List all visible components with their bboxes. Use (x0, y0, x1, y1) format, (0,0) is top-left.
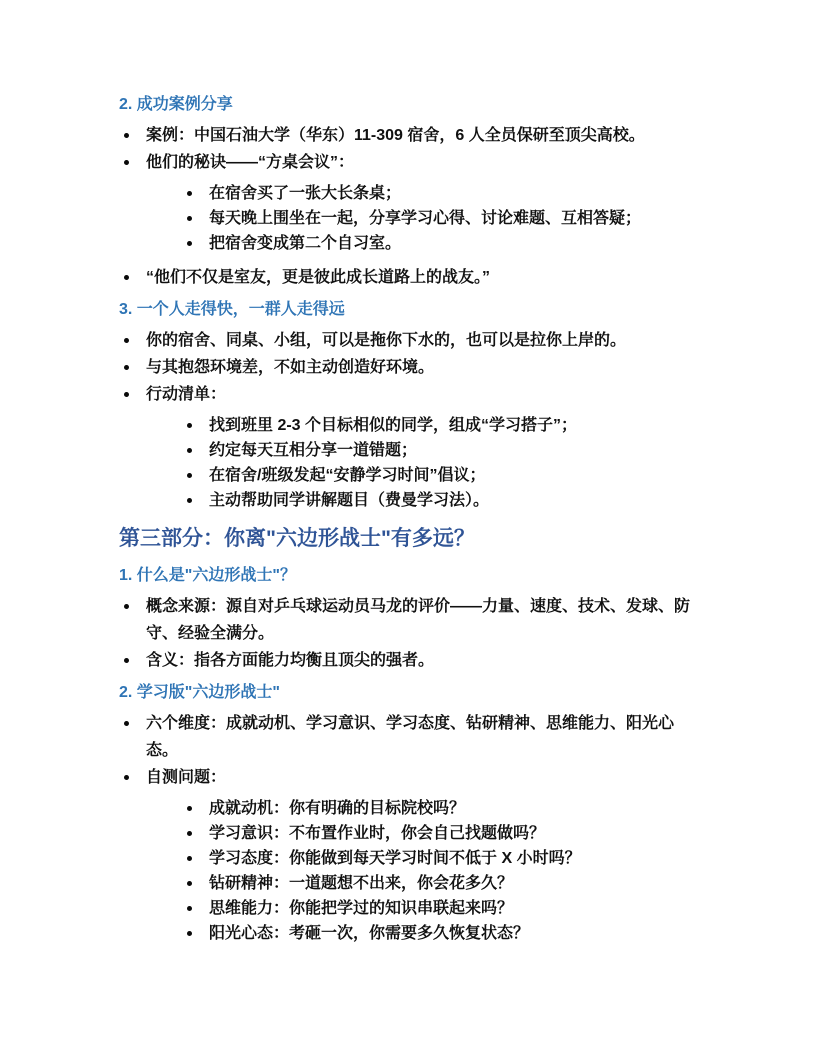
list-item: 钻研精神：一道题想不出来，你会花多久？ (182, 871, 703, 896)
bullet-icon (187, 806, 192, 811)
list-item: 学习态度：你能做到每天学习时间不低于 X 小时吗？ (182, 846, 703, 871)
bullet-icon (187, 856, 192, 861)
bullet-icon (124, 275, 129, 280)
bullet-icon (187, 931, 192, 936)
list-item: 在宿舍/班级发起“安静学习时间”倡议； (182, 463, 703, 488)
list-item-text: 把宿舍变成第二个自习室。 (209, 235, 401, 252)
bullet-icon (124, 392, 129, 397)
bullet-icon (124, 721, 129, 726)
bullet-icon (124, 365, 129, 370)
list-item-text: 你的宿舍、同桌、小组，可以是拖你下水的，也可以是拉你上岸的。 (146, 332, 626, 349)
study-hexagon-list: 六个维度：成就动机、学习意识、学习态度、钻研精神、思维能力、阳光心态。 自测问题… (119, 710, 703, 946)
quote-list-item: “他们不仅是室友，更是彼此成长道路上的战友。” (119, 264, 703, 291)
heading-success-case-sharing: 2. 成功案例分享 (119, 95, 703, 114)
list-item: 概念来源：源自对乒乓球运动员马龙的评价——力量、速度、技术、发球、防守、经验全满… (119, 593, 703, 647)
bullet-icon (187, 831, 192, 836)
list-item-text: 含义：指各方面能力均衡且顶尖的强者。 (146, 652, 434, 669)
list-item-text: 主动帮助同学讲解题目（费曼学习法）。 (209, 492, 489, 509)
bullet-icon (187, 423, 192, 428)
list-item: 六个维度：成就动机、学习意识、学习态度、钻研精神、思维能力、阳光心态。 (119, 710, 703, 764)
bullet-icon (187, 191, 192, 196)
square-table-sublist: 在宿舍买了一张大长条桌； 每天晚上围坐在一起，分享学习心得、讨论难题、互相答疑；… (182, 181, 703, 256)
list-item-text: 成就动机：你有明确的目标院校吗？ (209, 800, 465, 817)
quote-text: “他们不仅是室友，更是彼此成长道路上的战友。” (146, 269, 490, 286)
list-item: 在宿舍买了一张大长条桌； (182, 181, 703, 206)
bullet-icon (124, 775, 129, 780)
heading-study-version-hexagon-warrior: 2. 学习版"六边形战士" (119, 683, 703, 702)
list-item-text: 概念来源：源自对乒乓球运动员马龙的评价——力量、速度、技术、发球、防守、经验全满… (146, 598, 690, 642)
walk-together-list: 你的宿舍、同桌、小组，可以是拖你下水的，也可以是拉你上岸的。 与其抱怨环境差，不… (119, 327, 703, 513)
list-item: 与其抱怨环境差，不如主动创造好环境。 (119, 354, 703, 381)
list-item: 含义：指各方面能力均衡且顶尖的强者。 (119, 647, 703, 674)
list-item-text: 约定每天互相分享一道错题； (209, 442, 417, 459)
self-test-sublist: 成就动机：你有明确的目标院校吗？ 学习意识：不布置作业时，你会自己找题做吗？ 学… (182, 796, 703, 946)
list-item: 学习意识：不布置作业时，你会自己找题做吗？ (182, 821, 703, 846)
list-item-text: 思维能力：你能把学过的知识串联起来吗？ (209, 900, 513, 917)
list-item-text: 学习态度：你能做到每天学习时间不低于 X 小时吗？ (209, 850, 581, 867)
list-item-text: 钻研精神：一道题想不出来，你会花多久？ (209, 875, 513, 892)
list-item-text: 在宿舍/班级发起“安静学习时间”倡议； (209, 467, 485, 484)
bullet-icon (187, 448, 192, 453)
document-page: 2. 成功案例分享 案例：中国石油大学（华东）11-309 宿舍，6 人全员保研… (0, 0, 816, 1056)
list-item: 每天晚上围坐在一起，分享学习心得、讨论难题、互相答疑； (182, 206, 703, 231)
list-item-text: 每天晚上围坐在一起，分享学习心得、讨论难题、互相答疑； (209, 210, 641, 227)
bullet-icon (124, 133, 129, 138)
list-item: 思维能力：你能把学过的知识串联起来吗？ (182, 896, 703, 921)
bullet-icon (187, 881, 192, 886)
list-item-text: 他们的秘诀——“方桌会议”： (146, 154, 354, 171)
success-case-list: 案例：中国石油大学（华东）11-309 宿舍，6 人全员保研至顶尖高校。 他们的… (119, 122, 703, 291)
list-item-text: 行动清单： (146, 386, 226, 403)
bullet-icon (187, 216, 192, 221)
list-item-text: 自测问题： (146, 769, 226, 786)
hexagon-definition-list: 概念来源：源自对乒乓球运动员马龙的评价——力量、速度、技术、发球、防守、经验全满… (119, 593, 703, 674)
list-item: 他们的秘诀——“方桌会议”： 在宿舍买了一张大长条桌； 每天晚上围坐在一起，分享… (119, 149, 703, 256)
list-item-text: 学习意识：不布置作业时，你会自己找题做吗？ (209, 825, 545, 842)
heading-what-is-hexagon-warrior: 1. 什么是"六边形战士"？ (119, 566, 703, 585)
list-item: 你的宿舍、同桌、小组，可以是拖你下水的，也可以是拉你上岸的。 (119, 327, 703, 354)
heading-part-three: 第三部分：你离"六边形战士"有多远？ (119, 526, 703, 552)
list-item: 行动清单： 找到班里 2-3 个目标相似的同学，组成“学习搭子”； 约定每天互相… (119, 381, 703, 513)
list-item: 把宿舍变成第二个自习室。 (182, 231, 703, 256)
bullet-icon (124, 338, 129, 343)
bullet-icon (187, 241, 192, 246)
bullet-icon (124, 160, 129, 165)
list-item: 阳光心态：考砸一次，你需要多久恢复状态？ (182, 921, 703, 946)
bullet-icon (124, 658, 129, 663)
list-item-text: 与其抱怨环境差，不如主动创造好环境。 (146, 359, 434, 376)
list-item-text: 阳光心态：考砸一次，你需要多久恢复状态？ (209, 925, 529, 942)
bullet-icon (187, 906, 192, 911)
list-item: 找到班里 2-3 个目标相似的同学，组成“学习搭子”； (182, 413, 703, 438)
list-item: 成就动机：你有明确的目标院校吗？ (182, 796, 703, 821)
action-checklist-sublist: 找到班里 2-3 个目标相似的同学，组成“学习搭子”； 约定每天互相分享一道错题… (182, 413, 703, 513)
list-item: 自测问题： 成就动机：你有明确的目标院校吗？ 学习意识：不布置作业时，你会自己找… (119, 764, 703, 946)
list-item-text: 找到班里 2-3 个目标相似的同学，组成“学习搭子”； (209, 417, 577, 434)
list-item-text: 六个维度：成就动机、学习意识、学习态度、钻研精神、思维能力、阳光心态。 (146, 715, 674, 759)
bullet-icon (187, 498, 192, 503)
list-item-text: 案例：中国石油大学（华东）11-309 宿舍，6 人全员保研至顶尖高校。 (146, 127, 645, 144)
bullet-icon (187, 473, 192, 478)
list-item: 主动帮助同学讲解题目（费曼学习法）。 (182, 488, 703, 513)
list-item-text: 在宿舍买了一张大长条桌； (209, 185, 401, 202)
list-item: 案例：中国石油大学（华东）11-309 宿舍，6 人全员保研至顶尖高校。 (119, 122, 703, 149)
list-item: 约定每天互相分享一道错题； (182, 438, 703, 463)
heading-walk-together: 3. 一个人走得快，一群人走得远 (119, 300, 703, 319)
bullet-icon (124, 604, 129, 609)
